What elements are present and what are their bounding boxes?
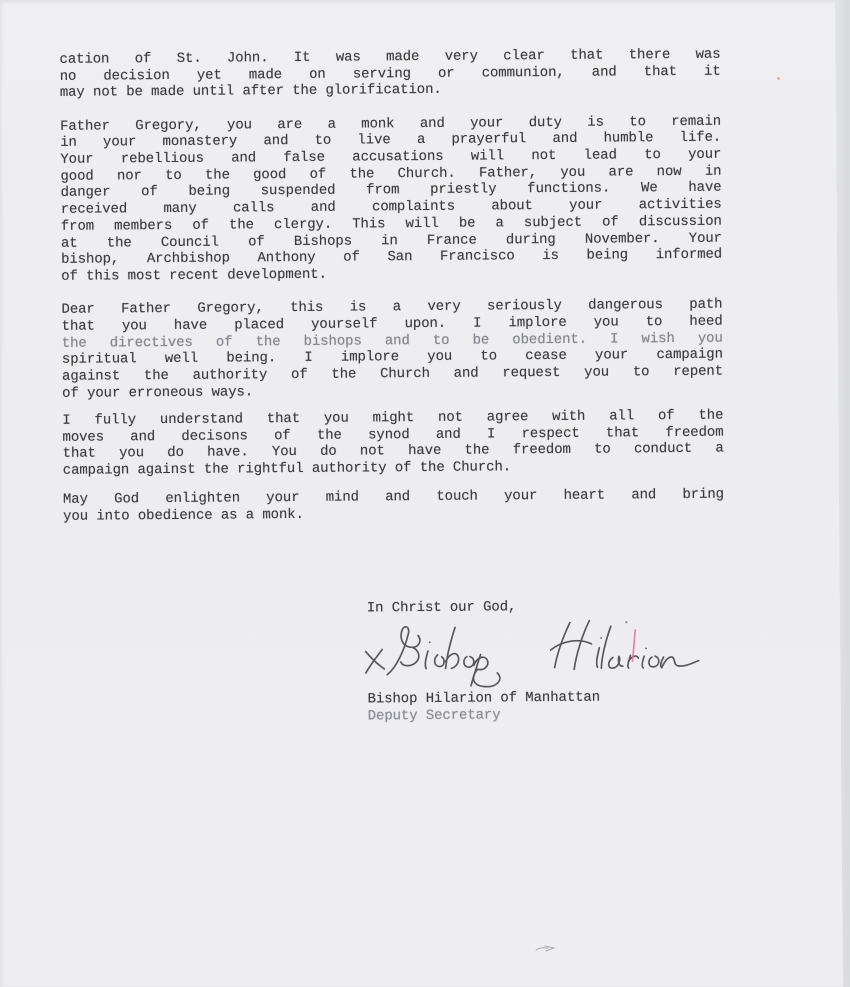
- closing-block: In Christ our God,: [367, 597, 726, 725]
- signature-ink-strokes: [353, 616, 709, 693]
- paper-content: cation of St. John. It was made very cle…: [0, 0, 850, 987]
- paragraph: May God enlighten your mind and touch yo…: [63, 487, 724, 526]
- letter-paragraphs: cation of St. John. It was made very cle…: [59, 47, 724, 526]
- paragraph: I fully understand that you might not ag…: [62, 407, 724, 479]
- signed-by-title: Deputy Secretary: [368, 706, 726, 726]
- scanned-letter-page: cation of St. John. It was made very cle…: [0, 0, 850, 987]
- paragraph: cation of St. John. It was made very cle…: [59, 47, 720, 102]
- paragraph: Father Gregory, you are a monk and your …: [60, 113, 722, 285]
- pencil-smudge-mark: [534, 941, 560, 959]
- paragraph: Dear Father Gregory, this is a very seri…: [61, 297, 723, 402]
- signature-handwriting: [353, 616, 726, 693]
- letter-body: cation of St. John. It was made very cle…: [59, 47, 725, 728]
- valediction: In Christ our God,: [367, 597, 725, 617]
- letter-line: may not be made until after the glorific…: [60, 80, 721, 102]
